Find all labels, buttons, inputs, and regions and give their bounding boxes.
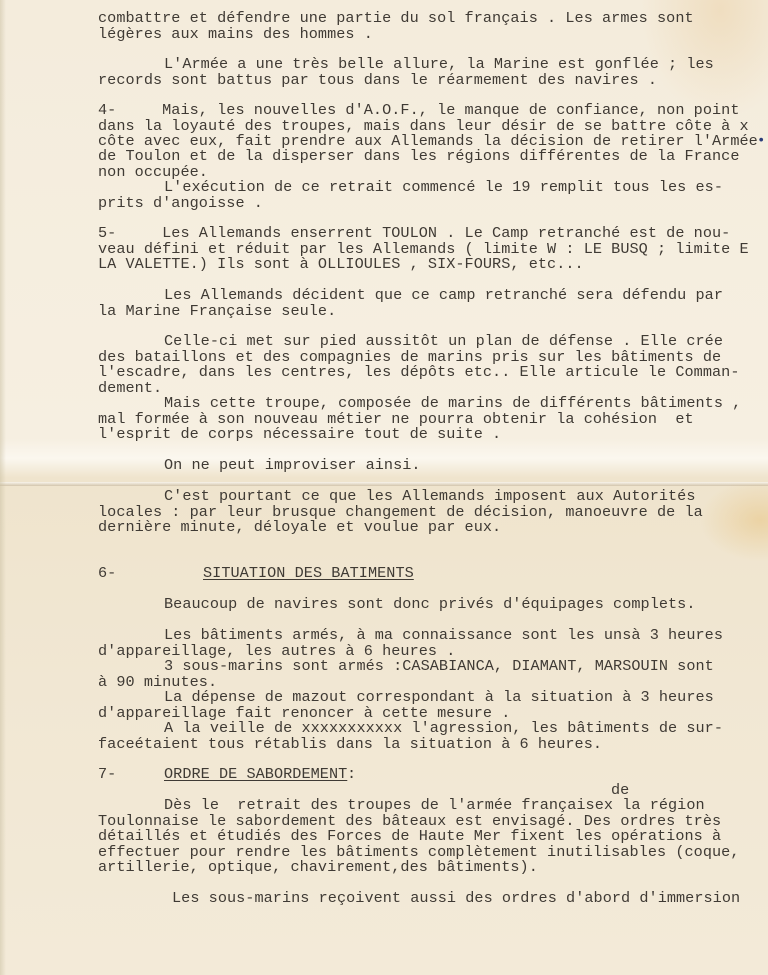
text-line: dement. xyxy=(98,381,162,396)
section-7-colon: : xyxy=(347,767,356,782)
text-line: C'est pourtant ce que les Allemands impo… xyxy=(164,489,696,504)
paper-edge xyxy=(0,0,6,975)
text-line: L'exécution de ce retrait commencé le 19… xyxy=(164,180,723,195)
text-line: prits d'angoisse . xyxy=(98,196,263,211)
text-line: Les bâtiments armés, à ma connaissance s… xyxy=(164,628,723,643)
text-line: 3 sous-marins sont armés :CASABIANCA, DI… xyxy=(164,659,714,674)
text-line: Beaucoup de navires sont donc privés d'é… xyxy=(164,597,696,612)
text-line: LA VALETTE.) Ils sont à OLLIOULES , SIX-… xyxy=(98,257,584,272)
text-line: Les Allemands décident que ce camp retra… xyxy=(164,288,723,303)
text-line: détaillés et étudiés des Forces de Haute… xyxy=(98,829,721,844)
text-line: On ne peut improviser ainsi. xyxy=(164,458,421,473)
section-7-heading: ORDRE DE SABORDEMENT xyxy=(164,767,347,782)
text-line: records sont battus par tous dans le réa… xyxy=(98,73,657,88)
pen-mark-icon: • xyxy=(757,133,765,149)
section-7-number: 7- xyxy=(98,767,116,782)
section-5-line: 5- Les Allemands enserrent TOULON . Le C… xyxy=(98,226,730,241)
text-line: l'escadre, dans les centres, les dépôts … xyxy=(98,365,739,380)
text-line: de Toulon et de la disperser dans les ré… xyxy=(98,149,739,164)
text-line: Dès le retrait des troupes de l'armée fr… xyxy=(164,798,705,813)
section-4-line: 4- Mais, les nouvelles d'A.O.F., le manq… xyxy=(98,103,739,118)
text-line: faceétaient tous rétablis dans la situat… xyxy=(98,737,602,752)
text-line: artillerie, optique, chavirement,des bât… xyxy=(98,860,538,875)
text-line: Celle-ci met sur pied aussitôt un plan d… xyxy=(164,334,723,349)
text-line: combattre et défendre une partie du sol … xyxy=(98,11,694,26)
paper-fold-line xyxy=(0,482,768,486)
text-line: l'esprit de corps nécessaire tout de sui… xyxy=(98,427,501,442)
text-line: L'Armée a une très belle allure, la Mari… xyxy=(164,57,714,72)
text-line: Mais cette troupe, composée de marins de… xyxy=(164,396,741,411)
text-line: légères aux mains des hommes . xyxy=(98,27,373,42)
section-6-number: 6- xyxy=(98,566,116,581)
text-line: Les sous-marins reçoivent aussi des ordr… xyxy=(172,891,740,906)
text-line: La dépense de mazout correspondant à la … xyxy=(164,690,714,705)
text-line: dernière minute, déloyale et voulue par … xyxy=(98,520,501,535)
text-line: A la veille de xxxxxxxxxxx l'agression, … xyxy=(164,721,723,736)
typewritten-page: combattre et défendre une partie du sol … xyxy=(0,0,768,975)
section-6-heading: SITUATION DES BATIMENTS xyxy=(203,566,414,581)
text-line: la Marine Française seule. xyxy=(98,304,336,319)
